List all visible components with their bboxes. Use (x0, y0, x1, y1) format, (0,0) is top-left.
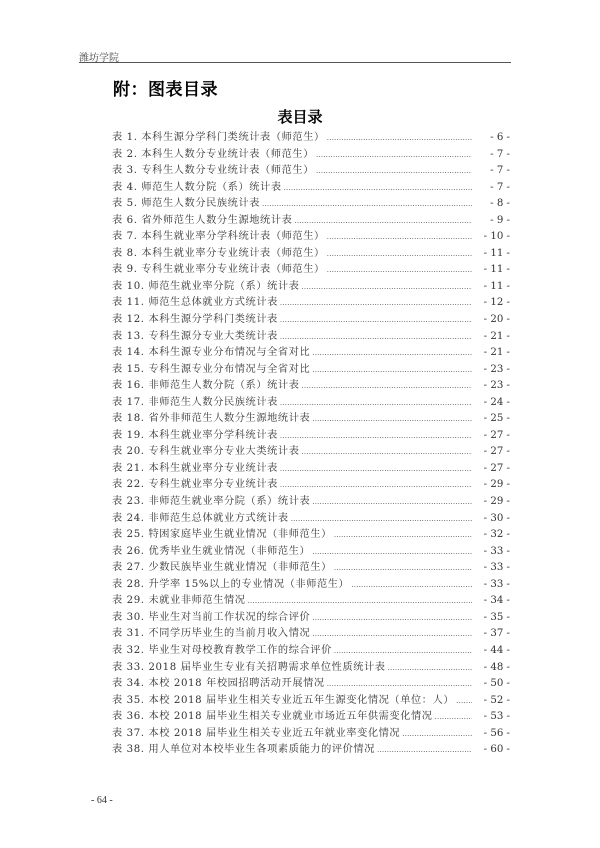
toc-entry[interactable]: 表 35. 本校 2018 届毕业生相关专业近五年生源变化情况（单位：人）- 5… (112, 693, 510, 710)
toc-entry[interactable]: 表 13. 专科生源分专业大类统计表- 21 - (112, 329, 510, 346)
toc-entry-label: 表 17. 非师范生人数分民族统计表 (112, 395, 278, 412)
toc-entry-page: - 11 - (474, 262, 510, 279)
toc-entry-page: - 37 - (474, 626, 510, 643)
toc-entry-page: - 48 - (474, 660, 510, 677)
toc-entry-label: 表 7. 本科生就业率分学科统计表（师范生） (112, 229, 325, 246)
toc-entry[interactable]: 表 5. 师范生人数分民族统计表- 8 - (112, 196, 510, 213)
dot-leader (280, 312, 472, 329)
toc-entry[interactable]: 表 19. 本科生就业率分学科统计表- 27 - (112, 428, 510, 445)
toc-entry[interactable]: 表 37. 本校 2018 届毕业生相关专业近五年就业率变化情况- 56 - (112, 726, 510, 743)
dot-leader (312, 610, 472, 627)
toc-entry-label: 表 19. 本科生就业率分学科统计表 (112, 428, 278, 445)
dot-leader (280, 295, 472, 312)
toc-entry[interactable]: 表 16. 非师范生人数分院（系）统计表- 23 - (112, 378, 510, 395)
toc-entry-label: 表 4. 师范生人数分院（系）统计表 (112, 180, 282, 197)
dot-leader (334, 643, 472, 660)
toc-entry[interactable]: 表 32. 毕业生对母校教育教学工作的综合评价- 44 - (112, 643, 510, 660)
toc-entry[interactable]: 表 1. 本科生源分学科门类统计表（师范生）- 6 - (112, 130, 510, 147)
toc-entry-label: 表 15. 专科生源专业分布情况与全省对比 (112, 362, 310, 379)
toc-entry-label: 表 10. 师范生就业率分院（系）统计表 (112, 279, 300, 296)
dot-leader (456, 693, 472, 710)
dot-leader (435, 709, 472, 726)
toc-entry-label: 表 25. 特困家庭毕业生就业情况（非师范生） (112, 527, 332, 544)
dot-leader (327, 130, 472, 147)
toc-entry-label: 表 24. 非师范生总体就业方式统计表 (112, 511, 289, 528)
appendix-title: 附：图表目录 (113, 75, 218, 100)
toc-entry-page: - 7 - (474, 147, 510, 164)
dot-leader (312, 411, 472, 428)
toc-entry-label: 表 20. 专科生就业率分专业大类统计表 (112, 444, 300, 461)
toc-entry-page: - 20 - (474, 312, 510, 329)
toc-entry-label: 表 12. 本科生源分学科门类统计表 (112, 312, 278, 329)
dot-leader (388, 660, 472, 677)
toc-entry[interactable]: 表 3. 专科生人数分专业统计表（师范生）- 7 - (112, 163, 510, 180)
toc-entry[interactable]: 表 22. 专科生就业率分专业统计表- 29 - (112, 477, 510, 494)
toc-entry[interactable]: 表 21. 本科生就业率分专业统计表- 27 - (112, 461, 510, 478)
toc-entry-label: 表 38. 用人单位对本校毕业生各项素质能力的评价情况 (112, 742, 375, 759)
toc-entry-page: - 30 - (474, 511, 510, 528)
toc-entry[interactable]: 表 9. 专科生就业率分专业统计表（师范生）- 11 - (112, 262, 510, 279)
dot-leader (312, 345, 472, 362)
toc-entry-label: 表 3. 专科生人数分专业统计表（师范生） (112, 163, 314, 180)
toc-entry-label: 表 16. 非师范生人数分院（系）统计表 (112, 378, 300, 395)
toc-entry-page: - 53 - (474, 709, 510, 726)
toc-entry-page: - 6 - (474, 130, 510, 147)
toc-entry-page: - 11 - (474, 246, 510, 263)
toc-entry-label: 表 28. 升学率 15%以上的专业情况（非师范生） (112, 577, 349, 594)
dot-leader (334, 560, 472, 577)
toc-entry-label: 表 23. 非师范生就业率分院（系）统计表 (112, 494, 310, 511)
toc-entry[interactable]: 表 36. 本校 2018 届毕业生相关专业就业市场近五年供需变化情况- 53 … (112, 709, 510, 726)
dot-leader (280, 477, 472, 494)
toc-entry[interactable]: 表 17. 非师范生人数分民族统计表- 24 - (112, 395, 510, 412)
dot-leader (334, 527, 472, 544)
toc-entry[interactable]: 表 26. 优秀毕业生就业情况（非师范生）- 33 - (112, 544, 510, 561)
toc-entry-page: - 11 - (474, 279, 510, 296)
dot-leader (280, 395, 472, 412)
toc-entry-page: - 24 - (474, 395, 510, 412)
toc-entry-page: - 33 - (474, 577, 510, 594)
toc-entry-page: - 23 - (474, 362, 510, 379)
toc-entry-page: - 33 - (474, 544, 510, 561)
toc-entry[interactable]: 表 29. 未就业非师范生情况- 34 - (112, 593, 510, 610)
dot-leader (351, 577, 472, 594)
toc-entry-page: - 34 - (474, 593, 510, 610)
toc-entry-label: 表 18. 省外非师范生人数分生源地统计表 (112, 411, 310, 428)
toc-entry-label: 表 2. 本科生人数分专业统计表（师范生） (112, 147, 314, 164)
toc-entry-page: - 7 - (474, 180, 510, 197)
toc-entry-page: - 29 - (474, 494, 510, 511)
toc-entry-page: - 8 - (474, 196, 510, 213)
dot-leader (316, 147, 472, 164)
toc-entry-page: - 9 - (474, 213, 510, 230)
dot-leader (327, 229, 472, 246)
toc-entry[interactable]: 表 20. 专科生就业率分专业大类统计表- 27 - (112, 444, 510, 461)
toc-entry-label: 表 31. 不同学历毕业生的当前月收入情况 (112, 626, 310, 643)
toc-entry-label: 表 13. 专科生源分专业大类统计表 (112, 329, 278, 346)
dot-leader (402, 726, 472, 743)
toc-entry-page: - 44 - (474, 643, 510, 660)
toc-entry[interactable]: 表 38. 用人单位对本校毕业生各项素质能力的评价情况- 60 - (112, 742, 510, 759)
toc-entry-page: - 33 - (474, 560, 510, 577)
dot-leader (327, 262, 472, 279)
toc-entry-page: - 27 - (474, 444, 510, 461)
toc-entry[interactable]: 表 14. 本科生源专业分布情况与全省对比- 21 - (112, 345, 510, 362)
toc-entry[interactable]: 表 31. 不同学历毕业生的当前月收入情况- 37 - (112, 626, 510, 643)
dot-leader (312, 544, 472, 561)
dot-leader (327, 246, 472, 263)
toc-entry-label: 表 35. 本校 2018 届毕业生相关专业近五年生源变化情况（单位：人） (112, 693, 454, 710)
toc-entry-label: 表 1. 本科生源分学科门类统计表（师范生） (112, 130, 325, 147)
toc-entry-page: - 29 - (474, 477, 510, 494)
dot-leader (302, 378, 473, 395)
toc-entry-label: 表 22. 专科生就业率分专业统计表 (112, 477, 278, 494)
toc-entry-label: 表 36. 本校 2018 届毕业生相关专业就业市场近五年供需变化情况 (112, 709, 433, 726)
toc-entry-label: 表 37. 本校 2018 届毕业生相关专业近五年就业率变化情况 (112, 726, 400, 743)
dot-leader (280, 461, 472, 478)
toc-entry-page: - 56 - (474, 726, 510, 743)
toc-entry-page: - 25 - (474, 411, 510, 428)
toc-entry-label: 表 27. 少数民族毕业生就业情况（非师范生） (112, 560, 332, 577)
toc-entry[interactable]: 表 11. 师范生总体就业方式统计表- 12 - (112, 295, 510, 312)
dot-leader (316, 163, 472, 180)
dot-leader (312, 362, 472, 379)
toc-entry[interactable]: 表 15. 专科生源专业分布情况与全省对比- 23 - (112, 362, 510, 379)
toc-entry-label: 表 21. 本科生就业率分专业统计表 (112, 461, 278, 478)
page-number: - 64 - (91, 795, 113, 806)
toc-entry[interactable]: 表 24. 非师范生总体就业方式统计表- 30 - (112, 511, 510, 528)
dot-leader (262, 196, 472, 213)
dot-leader (280, 428, 472, 445)
dot-leader (312, 494, 472, 511)
toc-entry-page: - 35 - (474, 610, 510, 627)
toc-entry[interactable]: 表 30. 毕业生对当前工作状况的综合评价- 35 - (112, 610, 510, 627)
dot-leader (327, 676, 472, 693)
toc-entry-label: 表 26. 优秀毕业生就业情况（非师范生） (112, 544, 310, 561)
toc-entry-label: 表 6. 省外师范生人数分生源地统计表 (112, 213, 292, 230)
toc-entry-label: 表 5. 师范生人数分民族统计表 (112, 196, 260, 213)
dot-leader (280, 329, 472, 346)
toc-entry[interactable]: 表 23. 非师范生就业率分院（系）统计表- 29 - (112, 494, 510, 511)
toc-entry-label: 表 32. 毕业生对母校教育教学工作的综合评价 (112, 643, 332, 660)
toc-entry-page: - 7 - (474, 163, 510, 180)
toc-entry-label: 表 14. 本科生源专业分布情况与全省对比 (112, 345, 310, 362)
toc-entry-label: 表 33. 2018 届毕业生专业有关招聘需求单位性质统计表 (112, 660, 386, 677)
toc-entry-page: - 12 - (474, 295, 510, 312)
toc-entry-page: - 27 - (474, 461, 510, 478)
toc-entry[interactable]: 表 6. 省外师范生人数分生源地统计表- 9 - (112, 213, 510, 230)
toc-entry-label: 表 8. 本科生就业率分专业统计表（师范生） (112, 246, 325, 263)
toc-entry-page: - 10 - (474, 229, 510, 246)
dot-leader (294, 213, 472, 230)
toc-entry[interactable]: 表 18. 省外非师范生人数分生源地统计表- 25 - (112, 411, 510, 428)
section-title: 表目录 (0, 106, 600, 127)
toc-entry-page: - 21 - (474, 329, 510, 346)
toc-entry-page: - 21 - (474, 345, 510, 362)
dot-leader (302, 444, 473, 461)
toc-entry-page: - 32 - (474, 527, 510, 544)
dot-leader (248, 593, 472, 610)
toc-entry-page: - 23 - (474, 378, 510, 395)
toc-entry-label: 表 11. 师范生总体就业方式统计表 (112, 295, 278, 312)
toc-entry[interactable]: 表 33. 2018 届毕业生专业有关招聘需求单位性质统计表- 48 - (112, 660, 510, 677)
toc-entry[interactable]: 表 8. 本科生就业率分专业统计表（师范生）- 11 - (112, 246, 510, 263)
toc-entry[interactable]: 表 28. 升学率 15%以上的专业情况（非师范生）- 33 - (112, 577, 510, 594)
toc-entry[interactable]: 表 7. 本科生就业率分学科统计表（师范生）- 10 - (112, 229, 510, 246)
toc-entry[interactable]: 表 12. 本科生源分学科门类统计表- 20 - (112, 312, 510, 329)
toc-entry[interactable]: 表 34. 本校 2018 年校园招聘活动开展情况- 50 - (112, 676, 510, 693)
header-divider (79, 62, 511, 63)
dot-leader (302, 279, 473, 296)
toc-entry-label: 表 9. 专科生就业率分专业统计表（师范生） (112, 262, 325, 279)
dot-leader (312, 626, 472, 643)
toc-entry[interactable]: 表 4. 师范生人数分院（系）统计表- 7 - (112, 180, 510, 197)
toc-entry[interactable]: 表 25. 特困家庭毕业生就业情况（非师范生）- 32 - (112, 527, 510, 544)
dot-leader (291, 511, 472, 528)
dot-leader (377, 742, 472, 759)
toc-entry-label: 表 34. 本校 2018 年校园招聘活动开展情况 (112, 676, 325, 693)
toc-entry-page: - 27 - (474, 428, 510, 445)
toc-entry-label: 表 30. 毕业生对当前工作状况的综合评价 (112, 610, 310, 627)
toc-entry-label: 表 29. 未就业非师范生情况 (112, 593, 246, 610)
toc-entry[interactable]: 表 2. 本科生人数分专业统计表（师范生）- 7 - (112, 147, 510, 164)
toc-entry-page: - 60 - (474, 742, 510, 759)
toc-entry-page: - 50 - (474, 676, 510, 693)
toc-entry-page: - 52 - (474, 693, 510, 710)
toc-entry[interactable]: 表 10. 师范生就业率分院（系）统计表- 11 - (112, 279, 510, 296)
table-of-contents: 表 1. 本科生源分学科门类统计表（师范生）- 6 -表 2. 本科生人数分专业… (112, 130, 510, 759)
dot-leader (284, 180, 472, 197)
toc-entry[interactable]: 表 27. 少数民族毕业生就业情况（非师范生）- 33 - (112, 560, 510, 577)
